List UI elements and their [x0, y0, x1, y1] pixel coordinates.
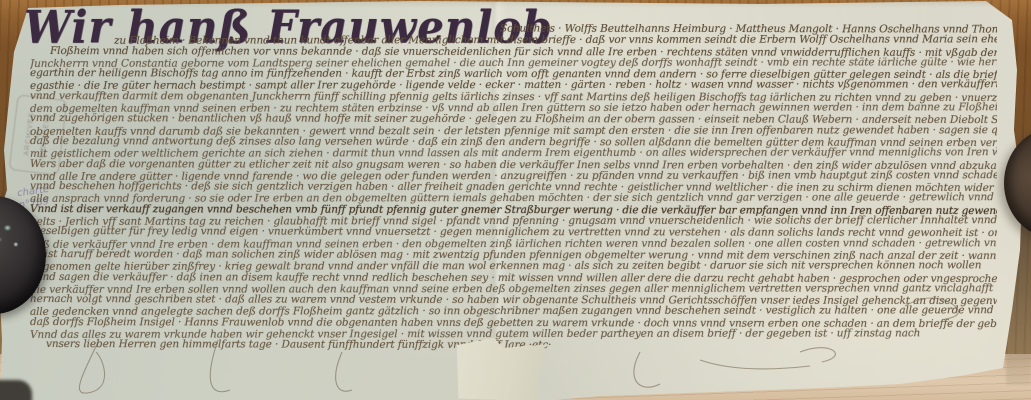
manuscript-text-block: Schultheis · Wolffs Beuttelhanns Heimbur… [30, 24, 997, 364]
bottom-left-corner-shadow [0, 380, 32, 400]
parchment-fold-flap [455, 336, 545, 400]
charter-photograph: Archives de Molsheim charte n°789 Wir ha… [0, 0, 1031, 400]
